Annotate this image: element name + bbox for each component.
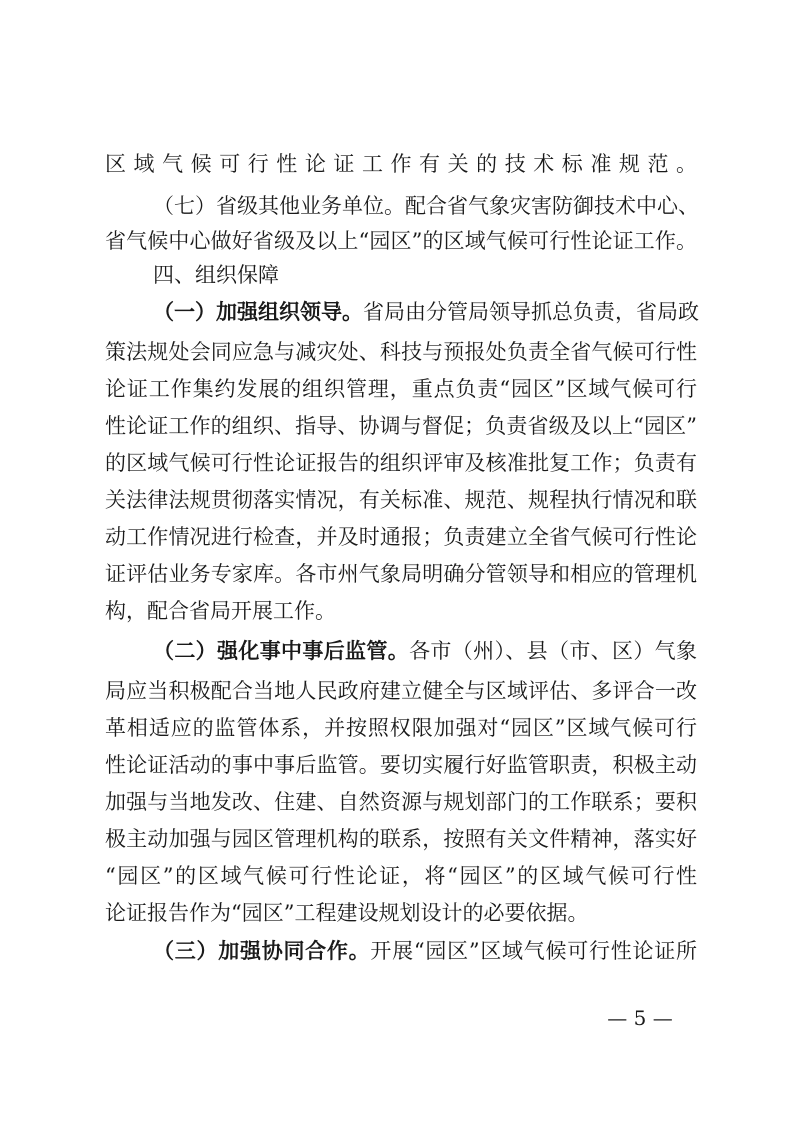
text-line: 加强与当地发改、住建、自然资源与规划部门的工作联系；要积	[105, 787, 697, 817]
paragraph-lead-line: （二）强化事中事后监管。各市（州）、县（市、区）气象	[153, 636, 697, 666]
subsection-title: （三）加强协同合作。	[153, 939, 370, 963]
text-line: （七）省级其他业务单位。配合省气象灾害防御技术中心、	[153, 191, 697, 221]
text-line: 性论证活动的事中事后监管。要切实履行好监管职责，积极主动	[105, 750, 697, 780]
text-line: 构，配合省局开展工作。	[105, 596, 697, 626]
text-line: 区域气候可行性论证工作有关的技术标准规范。	[105, 149, 697, 179]
paragraph-lead-line: （一）加强组织领导。省局由分管局领导抓总负责，省局政	[153, 297, 697, 327]
text-line: 关法律法规贯彻落实情况，有关标准、规范、规程执行情况和联	[105, 485, 697, 515]
text-run: 开展“园区”区域气候可行性论证所	[370, 939, 697, 963]
text-line: 论证工作集约发展的组织管理，重点负责“园区”区域气候可行	[105, 374, 697, 404]
text-line: 的区域气候可行性论证报告的组织评审及核准批复工作；负责有	[105, 448, 697, 478]
text-line: 极主动加强与园区管理机构的联系，按照有关文件精神，落实好	[105, 824, 697, 854]
text-line: 动工作情况进行检查，并及时通报；负责建立全省气候可行性论	[105, 522, 697, 552]
subsection-title: （二）强化事中事后监管。	[153, 639, 409, 663]
section-heading: 四、组织保障	[153, 260, 697, 290]
text-run: 省局由分管局领导抓总负责，省局政	[363, 300, 699, 324]
text-line: 革相适应的监管体系，并按照权限加强对“园区”区域气候可行	[105, 713, 697, 743]
subsection-title: （一）加强组织领导。	[153, 300, 363, 324]
document-page: 区域气候可行性论证工作有关的技术标准规范。 （七）省级其他业务单位。配合省气象灾…	[0, 0, 793, 1122]
text-line: 省气候中心做好省级及以上“园区”的区域气候可行性论证工作。	[105, 226, 697, 256]
text-line: 论证报告作为“园区”工程建设规划设计的必要依据。	[105, 898, 697, 928]
text-line: “园区”的区域气候可行性论证，将“园区”的区域气候可行性	[105, 861, 697, 891]
text-line: 局应当积极配合当地人民政府建立健全与区域评估、多评合一改	[105, 676, 697, 706]
page-number: — 5 —	[600, 1003, 680, 1033]
text-line: 性论证工作的组织、指导、协调与督促；负责省级及以上“园区”	[105, 411, 697, 441]
text-line: 证评估业务专家库。各市州气象局明确分管领导和相应的管理机	[105, 559, 697, 589]
paragraph-lead-line: （三）加强协同合作。开展“园区”区域气候可行性论证所	[153, 936, 697, 966]
text-line: 策法规处会同应急与减灾处、科技与预报处负责全省气候可行性	[105, 337, 697, 367]
text-run: 各市（州）、县（市、区）气象	[409, 639, 697, 663]
